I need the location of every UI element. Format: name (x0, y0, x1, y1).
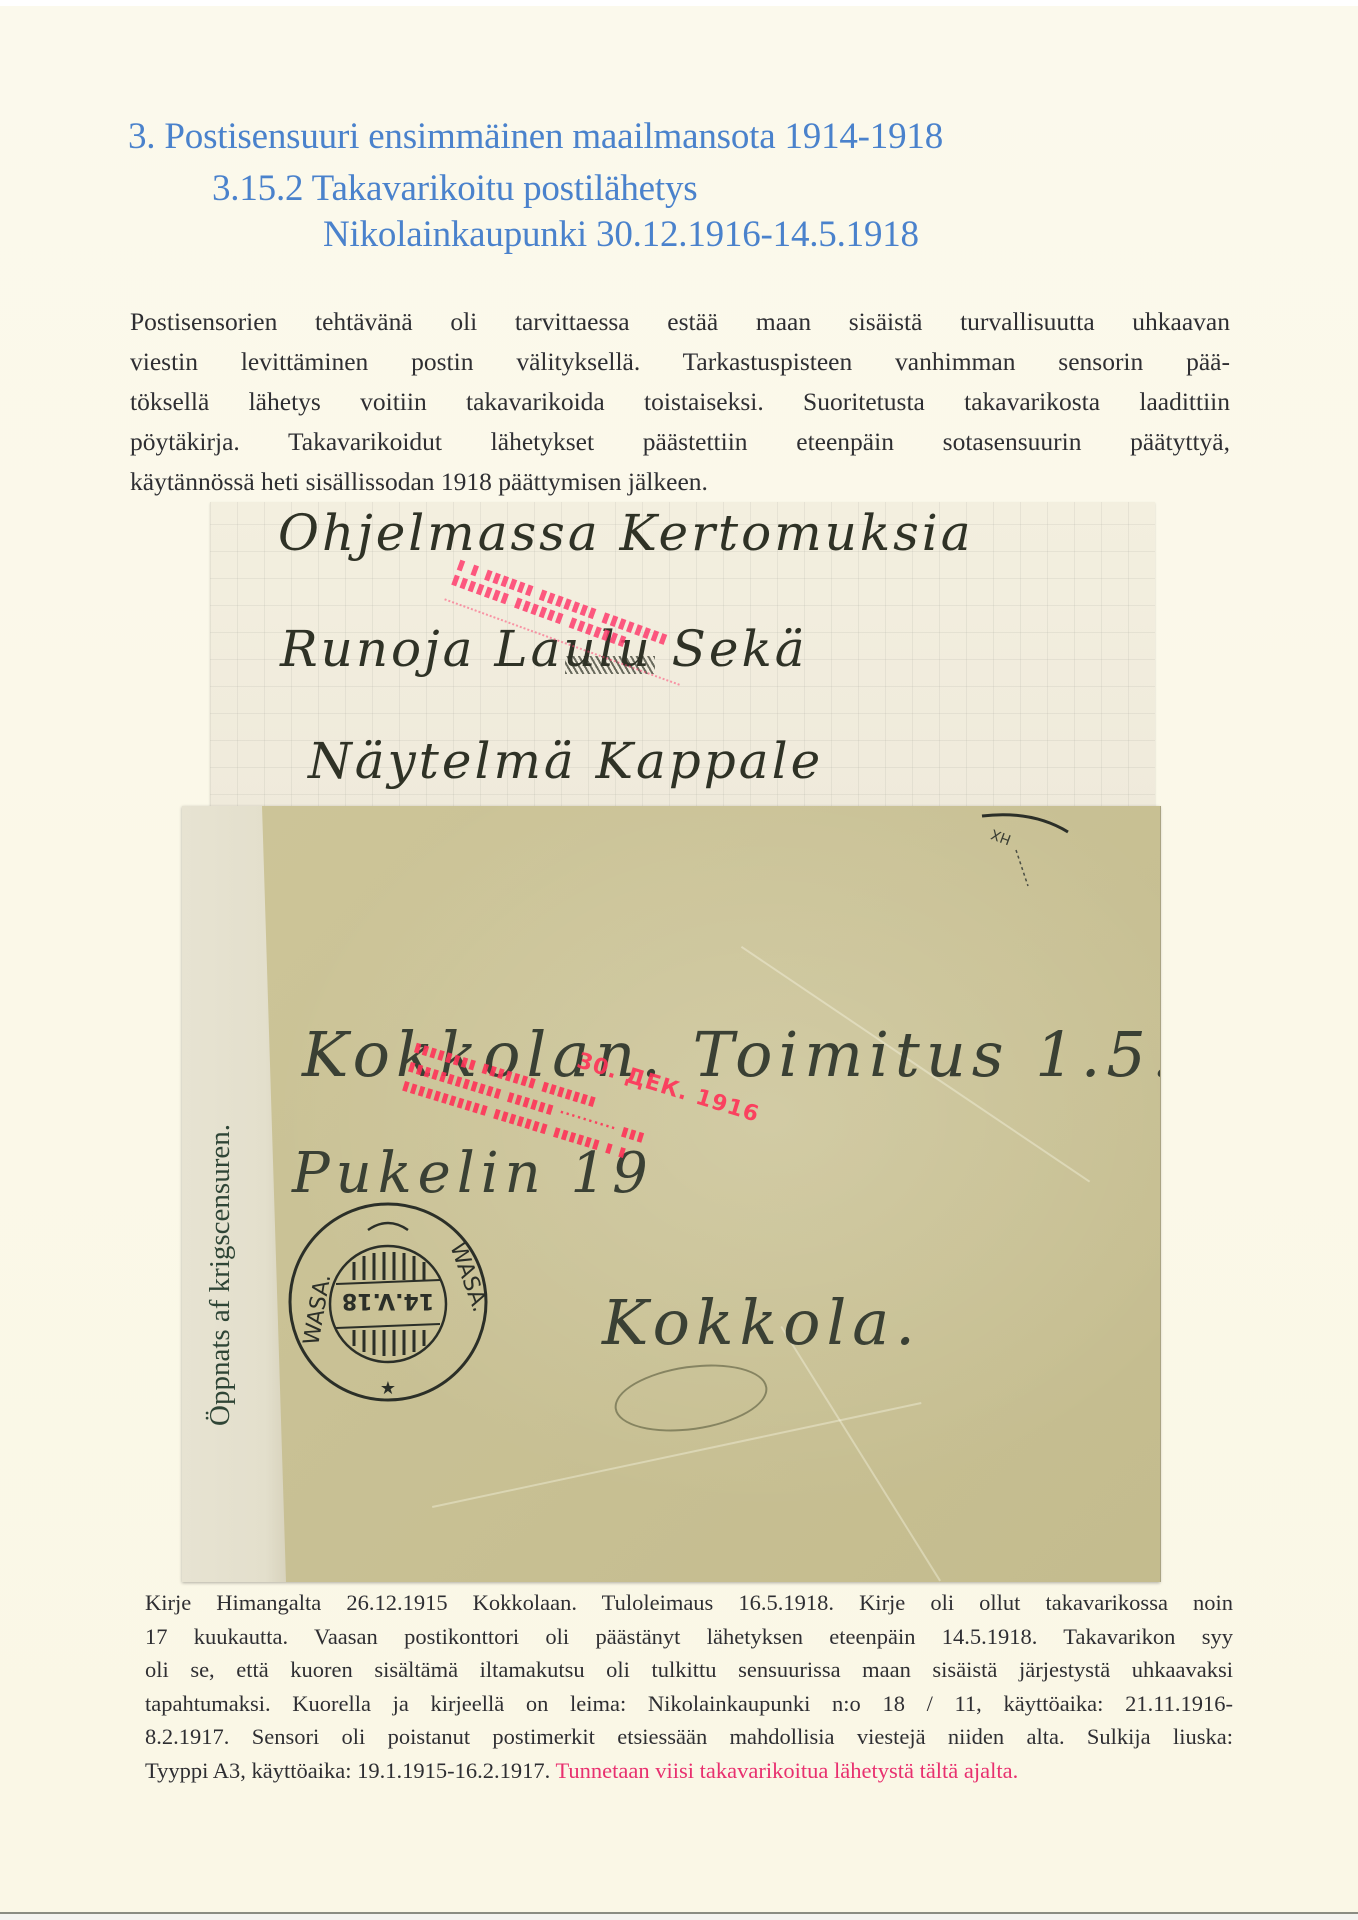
caption-line: 8.2.1917. Sensori oli poistanut postimer… (145, 1720, 1233, 1754)
section-heading: 3.15.2 Takavarikoitu postilähetys (212, 170, 697, 207)
album-page: 3. Postisensuuri ensimmäinen maailmansot… (0, 0, 1358, 1920)
intro-line: käytännössä heti sisällissodan 1918 päät… (130, 462, 1230, 502)
envelope-crease (780, 1326, 941, 1581)
page-top-edge (0, 0, 1358, 6)
caption-line: tapahtumaksi. Kuorella ja kirjeellä on l… (145, 1687, 1233, 1721)
intro-paragraph: Postisensorien tehtävänä oli tarvittaess… (130, 302, 1230, 502)
svg-text:★: ★ (380, 1378, 396, 1399)
handwritten-flourish (610, 1356, 771, 1441)
subsection-heading: Nikolainkaupunki 30.12.1916-14.5.1918 (323, 216, 919, 253)
censor-tape: Öppnats af krigscensuren. (182, 806, 286, 1582)
caption-last-line-text: Tyyppi A3, käyttöaika: 19.1.1915-16.2.19… (145, 1758, 555, 1783)
intro-line: töksellä lähetys voitiin takavarikoida t… (130, 382, 1230, 422)
partial-postmark: НХ (972, 806, 1082, 896)
svg-text:НХ: НХ (989, 825, 1014, 847)
caption-line: oli se, että kuoren sisältämä iltamakuts… (145, 1653, 1233, 1687)
intro-line: pöytäkirja. Takavarikoidut lähetykset pä… (130, 422, 1230, 462)
postmark-date: 14.V.18 (342, 1288, 434, 1313)
caption-line: Kirje Himangalta 26.12.1915 Kokkolaan. T… (145, 1586, 1233, 1620)
letter-sheet: Ohjelmassa Kertomuksia Runoja Laulu Sekä… (210, 502, 1155, 822)
address-line: Kokkola. (602, 1286, 921, 1359)
envelope: Öppnats af krigscensuren. Kokkolan. Toim… (182, 806, 1160, 1582)
caption-line: 17 kuukautta. Vaasan postikonttori oli p… (145, 1620, 1233, 1654)
chapter-heading: 3. Postisensuuri ensimmäinen maailmansot… (128, 118, 943, 155)
letter-handwriting-line: Ohjelmassa Kertomuksia (278, 504, 974, 562)
envelope-edge (1160, 806, 1161, 1582)
exhibit-caption: Kirje Himangalta 26.12.1915 Kokkolaan. T… (145, 1586, 1233, 1787)
postmark-ring-text-right: WASA. (444, 1240, 492, 1316)
page-bottom-margin (0, 1914, 1358, 1920)
intro-line: viestin levittäminen postin välityksellä… (130, 342, 1230, 382)
wasa-postmark: 14.V.18 WASA. WASA. ★ (282, 1196, 494, 1408)
caption-line: Tyyppi A3, käyttöaika: 19.1.1915-16.2.19… (145, 1754, 1233, 1788)
censor-tape-text: Öppnats af krigscensuren. (204, 1124, 237, 1426)
caption-highlight-note: Tunnetaan viisi takavarikoitua lähetystä… (555, 1758, 1018, 1783)
intro-line: Postisensorien tehtävänä oli tarvittaess… (130, 302, 1230, 342)
